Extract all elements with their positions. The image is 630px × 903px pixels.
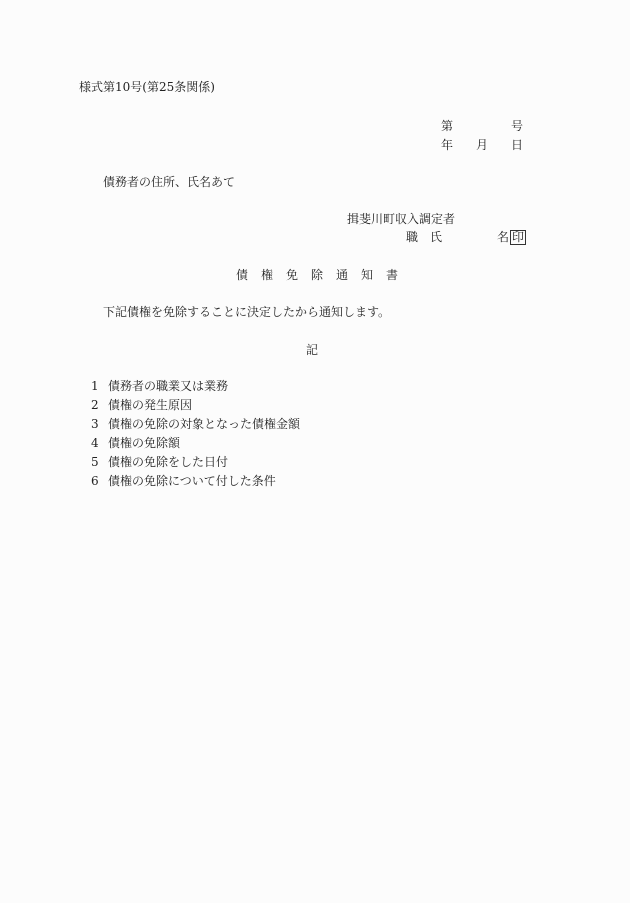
body-text: 下記債権を免除することに決定したから通知します。 <box>103 305 390 319</box>
item-number: 6 <box>91 474 99 488</box>
issuer-name-prefix: 氏 <box>430 230 442 244</box>
title-char: 書 <box>386 268 398 282</box>
ki-label: 記 <box>306 343 318 357</box>
name-suffix-label: 名 <box>497 230 509 244</box>
form-label: 様式第10号(第25条関係) <box>79 80 215 94</box>
list-item: 4 債権の免除額 <box>91 436 391 455</box>
item-text: 債権の発生原因 <box>108 398 192 412</box>
title-char: 免 <box>286 268 298 282</box>
date-year: 年 <box>441 138 453 152</box>
addressee: 債務者の住所、氏名あて <box>103 175 235 189</box>
title-char: 除 <box>311 268 323 282</box>
title-char: 権 <box>261 268 273 282</box>
item-text: 債権の免除の対象となった債権金額 <box>108 417 300 431</box>
item-text: 債権の免除額 <box>108 436 180 450</box>
number-prefix: 第 <box>441 119 453 133</box>
item-number: 3 <box>91 417 99 431</box>
title-char: 債 <box>236 268 248 282</box>
item-number: 4 <box>91 436 99 450</box>
item-number: 2 <box>91 398 99 412</box>
item-number: 1 <box>91 379 99 393</box>
list-item: 6 債権の免除について付した条件 <box>91 474 391 493</box>
item-text: 債権の免除について付した条件 <box>108 474 276 488</box>
seal-mark: 印 <box>510 230 526 245</box>
item-text: 債権の免除をした日付 <box>108 455 228 469</box>
number-suffix: 号 <box>511 119 523 133</box>
issuer-title: 揖斐川町収入調定者 <box>347 212 455 226</box>
issuer-position: 職 <box>406 230 418 244</box>
date-month: 月 <box>476 138 488 152</box>
list-item: 5 債権の免除をした日付 <box>91 455 391 474</box>
list-item: 2 債権の発生原因 <box>91 398 391 417</box>
item-number: 5 <box>91 455 99 469</box>
issuer-name-suffix: 名印 <box>497 230 526 245</box>
item-text: 債務者の職業又は業務 <box>108 379 228 393</box>
list-item: 3 債権の免除の対象となった債権金額 <box>91 417 391 436</box>
list-item: 1 債務者の職業又は業務 <box>91 379 391 398</box>
title-char: 知 <box>361 268 373 282</box>
items-list: 1 債務者の職業又は業務 2 債権の発生原因 3 債権の免除の対象となった債権金… <box>91 379 391 493</box>
date-day: 日 <box>511 138 523 152</box>
title-char: 通 <box>336 268 348 282</box>
